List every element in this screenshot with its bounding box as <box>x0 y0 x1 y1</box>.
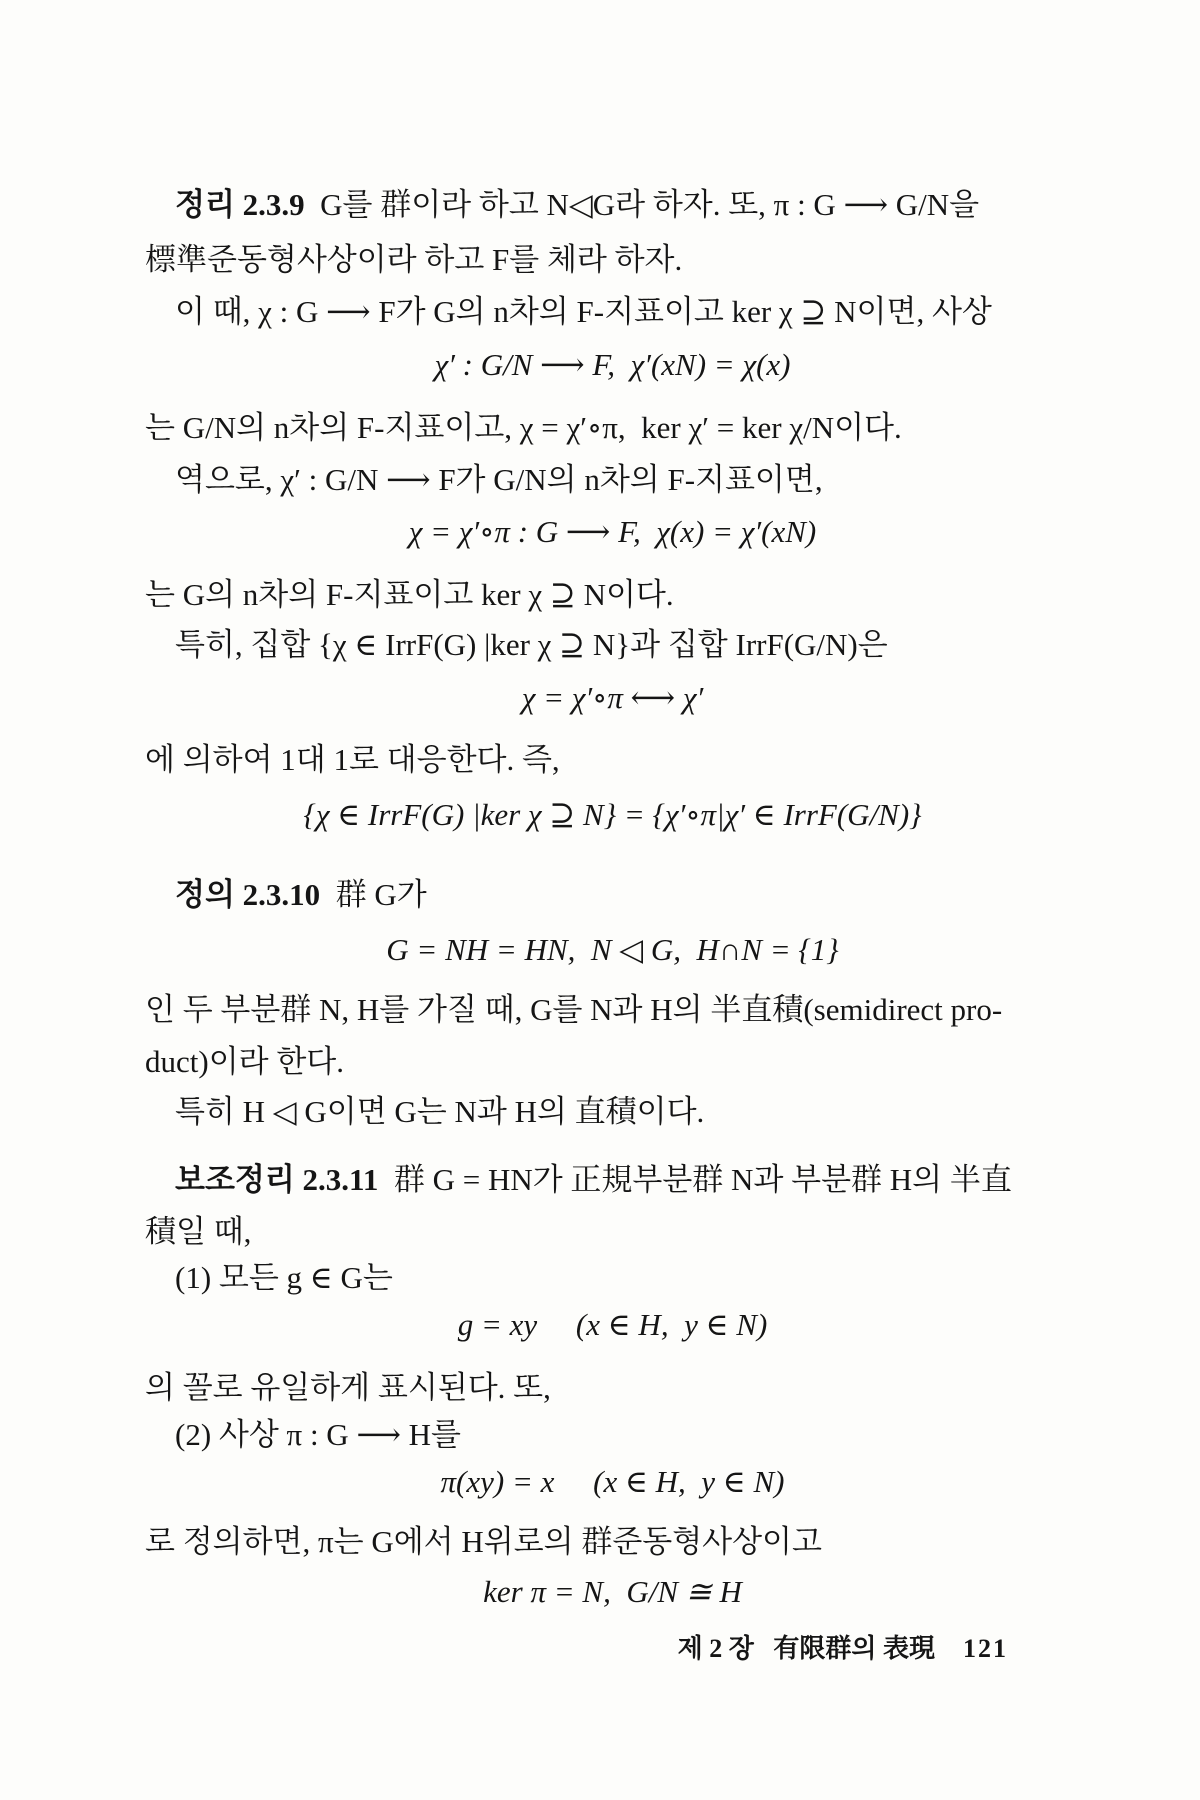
body-line: 인 두 부분群 N, H를 가질 때, G를 N과 H의 半直積(semidir… <box>145 990 1080 1030</box>
chapter-title: 제 2 장 有限群의 表現 <box>678 1634 935 1663</box>
body-line: 역으로, χ′ : G/N ⟶ F가 G/N의 n차의 F-지표이면, <box>145 460 1080 500</box>
line-text: 積일 때, <box>145 1214 251 1249</box>
body-line: (1) 모든 g ∈ G는 <box>145 1258 1080 1298</box>
formula-line: χ = χ′∘π ⟷ χ′ <box>145 678 1080 718</box>
line-text: 群 G가 <box>320 877 427 912</box>
formula-text: χ′ : G/N ⟶ F, χ′(xN) = χ(x) <box>434 347 790 382</box>
line-text: 특히 H ◁ G이면 G는 N과 H의 直積이다. <box>175 1094 704 1129</box>
line-text: (1) 모든 g ∈ G는 <box>175 1260 393 1295</box>
formula-text: g = xy (x ∈ H, y ∈ N) <box>458 1307 768 1342</box>
body-line: 는 G의 n차의 F-지표이고 ker χ ⊇ N이다. <box>145 575 1080 615</box>
line-text: 이 때, χ : G ⟶ F가 G의 n차의 F-지표이고 ker χ ⊇ N이… <box>175 294 992 329</box>
definition-2310-heading-line: 정의 2.3.10 群 G가 <box>145 875 1080 915</box>
formula-line: {χ ∈ IrrF(G) |ker χ ⊇ N} = {χ′∘π|χ′ ∈ Ir… <box>145 795 1080 835</box>
theorem-number: 정리 2.3.9 <box>175 187 305 222</box>
line-text: 역으로, χ′ : G/N ⟶ F가 G/N의 n차의 F-지표이면, <box>175 462 823 497</box>
theorem-239-heading-line: 정리 2.3.9 G를 群이라 하고 N◁G라 하자. 또, π : G ⟶ G… <box>145 185 1080 225</box>
textbook-page: 정리 2.3.9 G를 群이라 하고 N◁G라 하자. 또, π : G ⟶ G… <box>0 0 1200 1800</box>
line-text: 에 의하여 1대 1로 대응한다. 즉, <box>145 742 560 777</box>
line-text: duct)이라 한다. <box>145 1044 344 1079</box>
line-text: 는 G/N의 n차의 F-지표이고, χ = χ′∘π, ker χ′ = ke… <box>145 410 902 445</box>
line-text: 의 꼴로 유일하게 표시된다. 또, <box>145 1370 551 1405</box>
line-text: 인 두 부분群 N, H를 가질 때, G를 N과 H의 半直積(semidir… <box>145 992 1002 1027</box>
line-text: 특히, 집합 {χ ∈ IrrF(G) |ker χ ⊇ N}과 집합 IrrF… <box>175 627 888 662</box>
body-line: 이 때, χ : G ⟶ F가 G의 n차의 F-지표이고 ker χ ⊇ N이… <box>145 292 1080 332</box>
formula-line: π(xy) = x (x ∈ H, y ∈ N) <box>145 1462 1080 1502</box>
line-text: 群 G = HN가 正規부분群 N과 부분群 H의 半直 <box>378 1162 1012 1197</box>
formula-line: χ′ : G/N ⟶ F, χ′(xN) = χ(x) <box>145 345 1080 385</box>
body-line: 특히 H ◁ G이면 G는 N과 H의 直積이다. <box>145 1092 1080 1132</box>
formula-text: χ = χ′∘π ⟷ χ′ <box>522 680 704 715</box>
formula-text: χ = χ′∘π : G ⟶ F, χ(x) = χ′(xN) <box>409 514 817 549</box>
body-line: 로 정의하면, π는 G에서 H위로의 群준동형사상이고 <box>145 1522 1080 1562</box>
page-footer: 제 2 장 有限群의 表現121 <box>145 1598 1080 1695</box>
body-line: 標準준동형사상이라 하고 F를 체라 하자. <box>145 240 1080 280</box>
formula-line: G = NH = HN, N ◁ G, H∩N = {1} <box>145 930 1080 970</box>
lemma-2311-heading-line: 보조정리 2.3.11 群 G = HN가 正規부분群 N과 부분群 H의 半直 <box>145 1160 1080 1200</box>
formula-text: π(xy) = x (x ∈ H, y ∈ N) <box>441 1464 785 1499</box>
formula-line: χ = χ′∘π : G ⟶ F, χ(x) = χ′(xN) <box>145 512 1080 552</box>
body-line: 의 꼴로 유일하게 표시된다. 또, <box>145 1368 1080 1408</box>
line-text: 標準준동형사상이라 하고 F를 체라 하자. <box>145 242 682 277</box>
formula-line: g = xy (x ∈ H, y ∈ N) <box>145 1305 1080 1345</box>
body-line: (2) 사상 π : G ⟶ H를 <box>145 1415 1080 1455</box>
body-line: 에 의하여 1대 1로 대응한다. 즉, <box>145 740 1080 780</box>
formula-text: {χ ∈ IrrF(G) |ker χ ⊇ N} = {χ′∘π|χ′ ∈ Ir… <box>303 797 921 832</box>
definition-number: 정의 2.3.10 <box>175 877 320 912</box>
body-line: 특히, 집합 {χ ∈ IrrF(G) |ker χ ⊇ N}과 집합 IrrF… <box>145 625 1080 665</box>
body-line: 積일 때, <box>145 1212 1080 1252</box>
line-text: 로 정의하면, π는 G에서 H위로의 群준동형사상이고 <box>145 1524 822 1559</box>
page-number: 121 <box>963 1634 1008 1663</box>
line-text: 는 G의 n차의 F-지표이고 ker χ ⊇ N이다. <box>145 577 674 612</box>
body-line: 는 G/N의 n차의 F-지표이고, χ = χ′∘π, ker χ′ = ke… <box>145 408 1080 448</box>
lemma-number: 보조정리 2.3.11 <box>175 1162 378 1197</box>
body-line: duct)이라 한다. <box>145 1042 1080 1082</box>
formula-text: G = NH = HN, N ◁ G, H∩N = {1} <box>386 932 838 967</box>
line-text: (2) 사상 π : G ⟶ H를 <box>175 1417 461 1452</box>
line-text: G를 群이라 하고 N◁G라 하자. 또, π : G ⟶ G/N을 <box>305 187 979 222</box>
